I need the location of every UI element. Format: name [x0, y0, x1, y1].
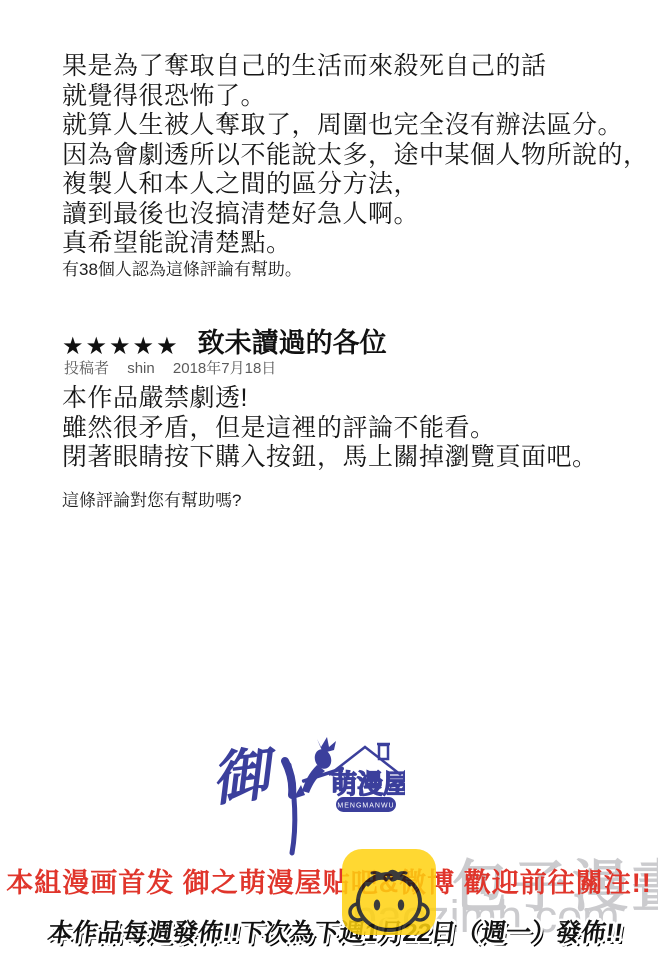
- byline-date: 2018年7月18日: [173, 360, 276, 377]
- mengmanwu-logo: 御 萌漫屋 MENGMANWU: [205, 733, 405, 858]
- release-schedule-banner: 本作品每週發佈!!下次為下週1月22日（週一）發佈!! 本作品每週發佈!!下次為…: [0, 905, 658, 955]
- review-text-line: 讀到最後也沒搞清楚好急人啊。: [62, 200, 649, 230]
- logo-name-text: 萌漫屋: [331, 769, 405, 799]
- review-header: ★★★★★致未讀過的各位: [62, 321, 387, 361]
- review-text-line: 閉著眼睛按下購入按鈕，馬上關掉瀏覽頁面吧。: [62, 443, 598, 473]
- byline-label: 投稿者: [64, 360, 109, 377]
- helpful-count-text: 有38個人認為這條評論有幫助。: [62, 255, 302, 280]
- schedule-text: 本作品每週發佈!!下次為下週1月22日（週一）發佈!!: [46, 918, 625, 947]
- group-announcement-text: 本組漫画首发 御之萌漫屋贴吧&微博 歡迎前往關注!!: [0, 861, 658, 900]
- review-text-line: 就覺得很恐怖了。: [62, 82, 649, 112]
- review-body-text: 本作品嚴禁劇透! 雖然很矛盾，但是這裡的評論不能看。 閉著眼睛按下購入按鈕，馬上…: [62, 384, 598, 473]
- baozi-mascot-icon: [341, 848, 437, 936]
- byline-author: shin: [127, 360, 155, 377]
- review-text-line: 果是為了奪取自己的生活而來殺死自己的話: [62, 52, 649, 82]
- helpful-question-text: 這條評論對您有幫助嗎?: [62, 486, 241, 511]
- review-byline: 投稿者 shin 2018年7月18日: [64, 357, 290, 378]
- calligraphy-tail-stroke: [285, 761, 292, 795]
- star-rating-icon: ★★★★★: [62, 333, 180, 360]
- review-text-line: 本作品嚴禁劇透!: [62, 384, 598, 414]
- review-title: 致未讀過的各位: [198, 328, 387, 358]
- review-text-line: 因為會劇透所以不能說太多，途中某個人物所說的，: [62, 141, 649, 171]
- review-text-line: 就算人生被人奪取了，周圍也完全沒有辦法區分。: [62, 111, 649, 141]
- review-text-line: 複製人和本人之間的區分方法，: [62, 170, 649, 200]
- logo-calligraphy-char: 御: [208, 740, 283, 813]
- logo-romanization-text: MENGMANWU: [337, 803, 394, 810]
- review-text-line: 雖然很矛盾，但是這裡的評論不能看。: [62, 414, 598, 444]
- review-continued-text: 果是為了奪取自己的生活而來殺死自己的話 就覺得很恐怖了。 就算人生被人奪取了，周…: [62, 52, 649, 259]
- manga-credit-page: 果是為了奪取自己的生活而來殺死自己的話 就覺得很恐怖了。 就算人生被人奪取了，周…: [0, 0, 658, 960]
